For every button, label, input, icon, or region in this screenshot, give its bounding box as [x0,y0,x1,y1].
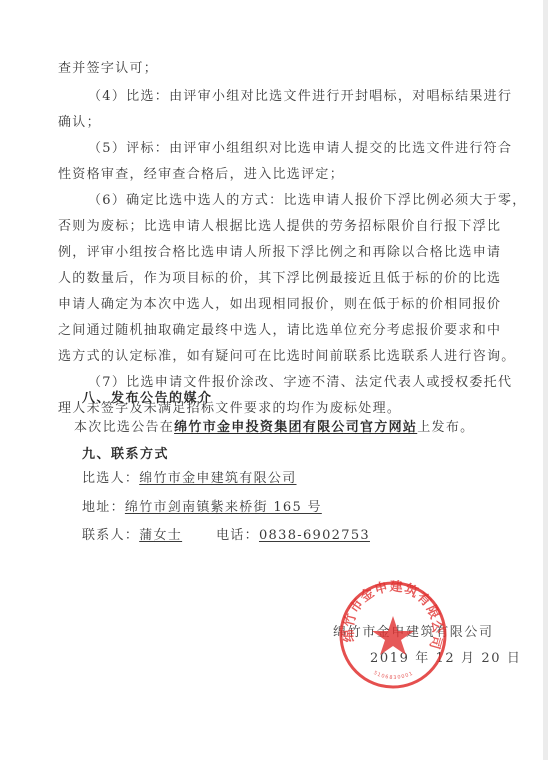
paragraph-line: 选方式的认定标准，如有疑问可在比选时间前联系比选联系人进行咨询。 [58,349,516,365]
signature-company: 绵竹市金申建筑有限公司 [333,621,494,640]
paragraph-line: 之间通过随机抽取确定最终中选人，请比选单位充分考虑报价要求和中 [58,323,501,339]
buyer-label: 比选人： [82,471,139,486]
paragraph-line: （6）确定比选中选人的方式：比选申请人报价下浮比例必须大于零， [88,193,527,209]
contact-value: 蒲女士 [139,528,197,544]
paragraph-line: （7）比选申请文件报价涂改、字迹不清、法定代表人或授权委托代 [88,375,512,391]
paragraph-line: 人的数量后，作为项目标的价，其下浮比例最接近且低于标的价的比选 [58,271,501,287]
paragraph-line: 例，评审小组按合格比选申请人所报下浮比例之和再除以合格比选申请 [58,245,501,261]
paragraph-line: （4）比选：由评审小组对比选文件进行开封唱标，对唱标结果进行 [88,89,512,105]
contact-label: 联系人： [82,528,139,543]
address-value: 绵竹市剑南镇紫来桥街 165 号 [125,500,322,515]
buyer-row: 比选人：绵竹市金申建筑有限公司 [82,471,297,487]
paragraph-line: （5）评标：由评审小组组织对比选申请人提交的比选文件进行符合 [88,141,512,157]
section-heading-contact: 九、联系方式 [82,447,169,463]
svg-text:5106830001: 5106830001 [372,670,414,681]
contact-row: 联系人：蒲女士 电话：0838-6902753 [82,528,370,544]
address-row: 地址：绵竹市剑南镇紫来桥街 165 号 [82,500,322,516]
paragraph-line: 确认； [58,115,101,131]
paragraph-line: 否则为废标；比选申请人根据比选人提供的劳务招标限价自行报下浮比 [58,219,501,235]
paragraph-line: 查并签字认可； [58,61,158,77]
paragraph-line: 申请人确定为本次中选人，如出现相同报价，则在低于标的价相同报价 [58,297,501,313]
address-label: 地址： [82,500,125,515]
document-page: 查并签字认可； （4）比选：由评审小组对比选文件进行开封唱标，对唱标结果进行 确… [0,0,543,760]
publish-statement: 本次比选公告在绵竹市金申投资集团有限公司官方网站上发布。 [74,420,474,436]
phone-label: 电话： [216,528,259,543]
phone-value: 0838-6902753 [259,528,370,543]
section-heading-media: 八、发布公告的媒介 [82,391,213,407]
website-link[interactable]: 绵竹市金申投资集团有限公司官方网站 [174,420,417,435]
svg-text:绵竹市金申建筑有限公司: 绵竹市金申建筑有限公司 [341,580,445,652]
page-edge [543,0,548,760]
signature-date: 2019 年 12 月 20 日 [370,647,521,666]
buyer-value: 绵竹市金申建筑有限公司 [139,471,296,486]
paragraph-line: 性资格审查，经审查合格后，进入比选评定； [58,167,344,183]
